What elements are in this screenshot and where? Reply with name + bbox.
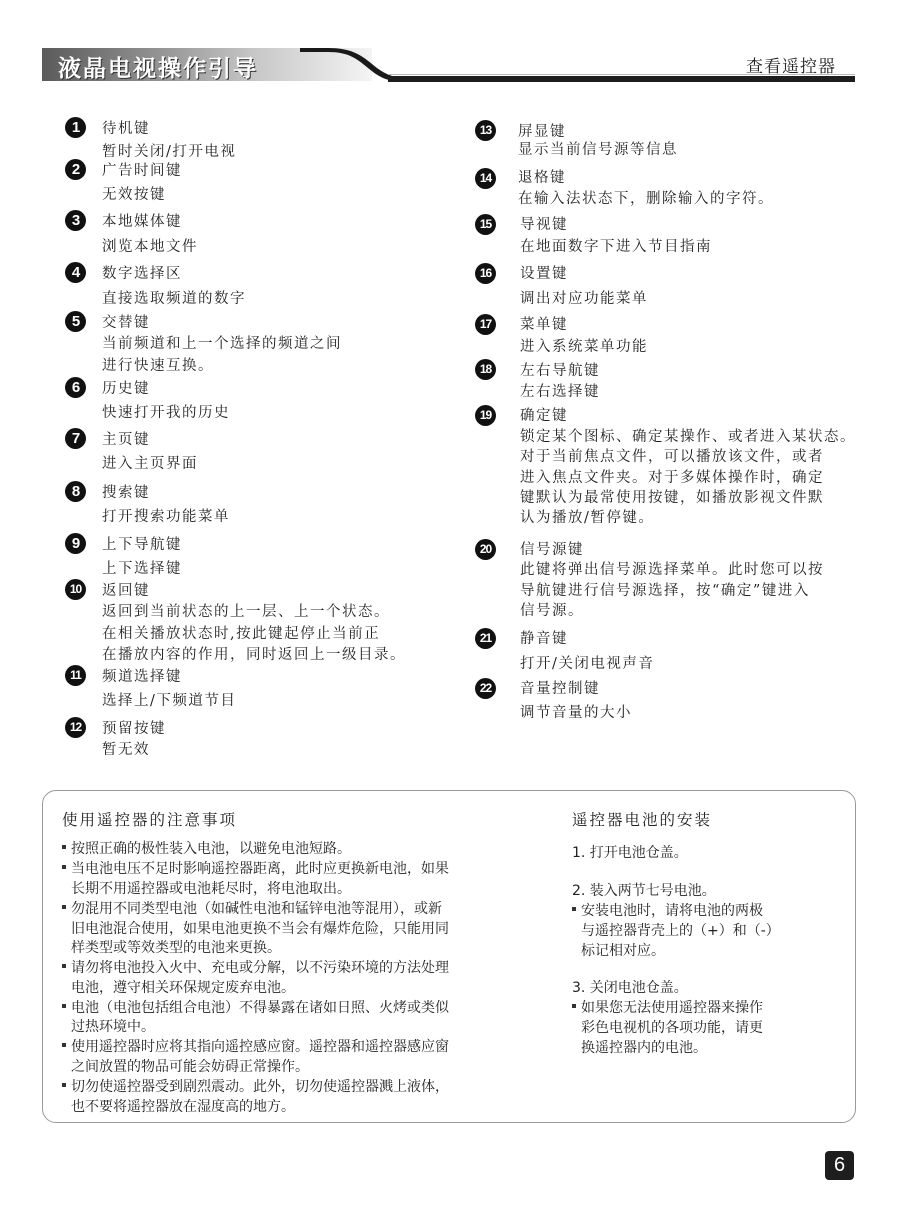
number-badge-icon: 19 xyxy=(475,405,496,426)
key-name: 设置键 xyxy=(520,262,568,283)
number-badge-icon: 11 xyxy=(65,665,86,686)
precaution-line: 旧电池混合使用，如果电池更换不当会有爆炸危险，只能用同 xyxy=(71,918,449,938)
number-badge-icon: 9 xyxy=(65,533,86,554)
key-desc: 选择上/下频道节目 xyxy=(102,689,236,710)
key-desc: 信号源。 xyxy=(520,599,584,620)
battery-note: 与遥控器背壳上的（+）和（-） xyxy=(581,920,780,940)
number-badge-icon: 1 xyxy=(65,117,86,138)
precaution-line: 之间放置的物品可能会妨碍正常操作。 xyxy=(71,1056,309,1076)
key-name: 频道选择键 xyxy=(102,665,182,686)
precaution-line: 切勿使遥控器受到剧烈震动。此外，切勿使遥控器溅上液体， xyxy=(62,1076,449,1096)
key-desc: 当前频道和上一个选择的频道之间 xyxy=(102,332,342,353)
key-desc: 进入系统菜单功能 xyxy=(520,335,648,356)
key-desc: 暂时关闭/打开电视 xyxy=(102,140,236,161)
key-name: 主页键 xyxy=(102,428,150,449)
number-badge-icon: 16 xyxy=(475,263,496,284)
battery-note: 安装电池时，请将电池的两极 xyxy=(572,900,763,920)
bullet-icon xyxy=(62,845,66,849)
key-name: 搜索键 xyxy=(102,481,150,502)
key-desc: 锁定某个图标、确定某操作、或者进入某状态。 xyxy=(520,425,856,446)
key-name: 菜单键 xyxy=(520,313,568,334)
number-badge-icon: 8 xyxy=(65,481,86,502)
number-badge-icon: 4 xyxy=(65,262,86,283)
key-name: 左右导航键 xyxy=(520,359,600,380)
key-desc: 左右选择键 xyxy=(520,380,600,401)
battery-note: 如果您无法使用遥控器来操作 xyxy=(572,997,763,1017)
bullet-icon xyxy=(62,1083,66,1087)
key-desc: 打开搜索功能菜单 xyxy=(102,505,230,526)
number-badge-icon: 7 xyxy=(65,428,86,449)
key-name: 交替键 xyxy=(102,311,150,332)
key-desc: 对于当前焦点文件，可以播放该文件，或者 xyxy=(520,445,824,466)
key-desc: 浏览本地文件 xyxy=(102,235,198,256)
key-desc: 暂无效 xyxy=(102,738,150,759)
battery-step: 3. 关闭电池仓盖。 xyxy=(572,977,688,997)
number-badge-icon: 12 xyxy=(65,717,86,738)
key-name: 确定键 xyxy=(520,404,568,425)
precaution-line: 电池（电池包括组合电池）不得暴露在诸如日照、火烤或类似 xyxy=(62,997,449,1017)
bullet-icon xyxy=(62,865,66,869)
number-badge-icon: 2 xyxy=(65,159,86,180)
number-badge-icon: 17 xyxy=(475,314,496,335)
bullet-icon xyxy=(62,1043,66,1047)
key-name: 上下导航键 xyxy=(102,533,182,554)
key-name: 返回键 xyxy=(102,579,150,600)
number-badge-icon: 21 xyxy=(475,628,496,649)
number-badge-icon: 15 xyxy=(475,214,496,235)
precaution-line: 当电池电压不足时影响遥控器距离，此时应更换新电池，如果 xyxy=(62,858,449,878)
key-desc: 键默认为最常使用按键，如播放影视文件默 xyxy=(520,486,824,507)
key-desc: 在播放内容的作用，同时返回上一级目录。 xyxy=(102,643,406,664)
precaution-line: 长期不用遥控器或电池耗尽时，将电池取出。 xyxy=(71,878,351,898)
bullet-icon xyxy=(62,964,66,968)
key-desc: 在输入法状态下，删除输入的字符。 xyxy=(518,187,774,208)
number-badge-icon: 6 xyxy=(65,377,86,398)
key-desc: 上下选择键 xyxy=(102,557,182,578)
number-badge-icon: 13 xyxy=(475,120,496,141)
battery-step: 1. 打开电池仓盖。 xyxy=(572,842,688,862)
precaution-line: 勿混用不同类型电池（如碱性电池和锰锌电池等混用），或新 xyxy=(62,898,442,918)
precaution-line: 使用遥控器时应将其指向遥控感应窗。遥控器和遥控器感应窗 xyxy=(62,1036,449,1056)
number-badge-icon: 20 xyxy=(475,539,496,560)
key-name: 广告时间键 xyxy=(102,159,182,180)
key-name: 音量控制键 xyxy=(520,677,600,698)
key-name: 本地媒体键 xyxy=(102,210,182,231)
key-name: 数字选择区 xyxy=(102,262,182,283)
battery-title: 遥控器电池的安装 xyxy=(572,808,712,830)
key-desc: 导航键进行信号源选择，按“确定”键进入 xyxy=(520,579,810,600)
precaution-line: 请勿将电池投入火中、充电或分解，以不污染环境的方法处理 xyxy=(62,957,449,977)
number-badge-icon: 22 xyxy=(475,678,496,699)
key-desc: 进入主页界面 xyxy=(102,452,198,473)
number-badge-icon: 3 xyxy=(65,210,86,231)
key-desc: 直接选取频道的数字 xyxy=(102,287,246,308)
battery-note: 标记相对应。 xyxy=(581,940,665,960)
bullet-icon xyxy=(572,907,576,911)
key-name: 信号源键 xyxy=(520,538,584,559)
battery-note: 换遥控器内的电池。 xyxy=(581,1037,707,1057)
bullet-icon xyxy=(62,1004,66,1008)
bullet-icon xyxy=(572,1004,576,1008)
key-desc: 显示当前信号源等信息 xyxy=(518,138,678,159)
key-name: 静音键 xyxy=(520,627,568,648)
key-desc: 认为播放/暂停键。 xyxy=(520,506,654,527)
precaution-line: 按照正确的极性装入电池，以避免电池短路。 xyxy=(62,838,351,858)
number-badge-icon: 5 xyxy=(65,311,86,332)
key-desc: 返回到当前状态的上一层、上一个状态。 xyxy=(102,600,390,621)
page-number: 6 xyxy=(825,1151,854,1180)
key-name: 预留按键 xyxy=(102,717,166,738)
key-desc: 进入焦点文件夹。对于多媒体操作时，确定 xyxy=(520,466,824,487)
key-desc: 进行快速互换。 xyxy=(102,354,214,375)
key-desc: 调节音量的大小 xyxy=(520,701,632,722)
section-label: 查看遥控器 xyxy=(746,52,836,77)
key-desc: 打开/关闭电视声音 xyxy=(520,652,654,673)
precaution-line: 样类型或等效类型的电池来更换。 xyxy=(71,937,281,957)
key-desc: 此键将弹出信号源选择菜单。此时您可以按 xyxy=(520,558,824,579)
key-desc: 快速打开我的历史 xyxy=(102,401,230,422)
precaution-line: 电池，遵守相关环保规定废弃电池。 xyxy=(71,977,295,997)
key-desc: 无效按键 xyxy=(102,183,166,204)
key-desc: 在相关播放状态时,按此键起停止当前正 xyxy=(102,622,380,643)
key-name: 历史键 xyxy=(102,377,150,398)
key-name: 导视键 xyxy=(520,213,568,234)
battery-note: 彩色电视机的各项功能，请更 xyxy=(581,1017,763,1037)
precaution-line: 过热环境中。 xyxy=(71,1016,155,1036)
key-name: 待机键 xyxy=(102,117,150,138)
key-desc: 调出对应功能菜单 xyxy=(520,287,648,308)
battery-step: 2. 装入两节七号电池。 xyxy=(572,880,716,900)
page-title: 液晶电视操作引导 xyxy=(58,50,258,83)
number-badge-icon: 18 xyxy=(475,359,496,380)
number-badge-icon: 10 xyxy=(65,579,86,600)
key-desc: 在地面数字下进入节目指南 xyxy=(520,235,712,256)
precautions-title: 使用遥控器的注意事项 xyxy=(62,808,237,830)
bullet-icon xyxy=(62,905,66,909)
key-name: 退格键 xyxy=(518,166,566,187)
precaution-line: 也不要将遥控器放在湿度高的地方。 xyxy=(71,1096,295,1116)
number-badge-icon: 14 xyxy=(475,168,496,189)
